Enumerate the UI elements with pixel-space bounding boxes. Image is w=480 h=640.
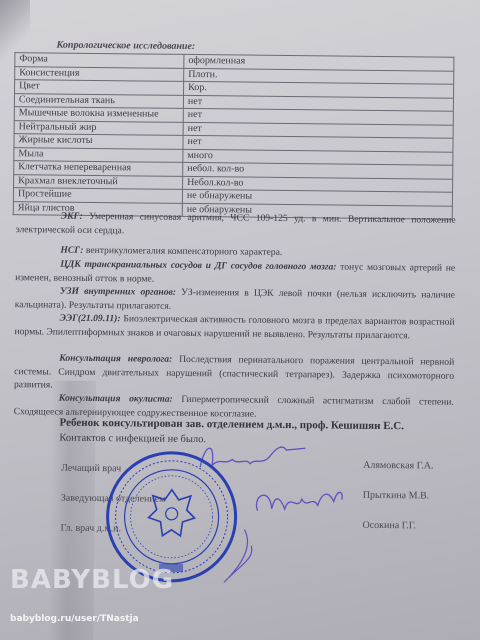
param-cell: Клетчатка непереваренная (14, 161, 183, 176)
babyblog-logo: BABYBLOG (10, 565, 174, 595)
finding-paragraph: ЭКГ: Умеренная синусовая аритмия, ЧСС 10… (16, 209, 456, 241)
signature-name-attending: Алямовская Г.А. (363, 460, 433, 472)
consulted-line: Ребенок консультирован зав. отделением д… (60, 417, 405, 433)
section-title: Копрологическое исследование: (56, 40, 195, 52)
finding-label: Консультация окулиста: (59, 393, 173, 405)
findings-block: ЭКГ: Умеренная синусовая аритмия, ЧСС 10… (0, 0, 480, 5)
finding-paragraph: Консультация невролога: Последствия пери… (14, 351, 454, 396)
finding-label: УЗИ внутренних органов: (60, 286, 176, 298)
param-cell: Форма (15, 53, 184, 68)
coprology-table: ФормаоформленнаяКонсистенцияПлотн.ЦветКо… (13, 52, 455, 220)
contacts-line: Контактов с инфекцией не было. (59, 433, 206, 446)
finding-label: ЦДК транскраниальных сосудов и ДГ сосудо… (60, 259, 336, 273)
finding-label: ЭКГ: (61, 211, 83, 222)
finding-label: ЭЭГ(21.09.11): (60, 313, 121, 325)
finding-label: НСГ: (60, 245, 83, 256)
param-cell: Простейшие (13, 188, 182, 203)
finding-text: вентрикуломегалия компенсаторного характ… (83, 245, 282, 258)
document-page: Копрологическое исследование: Формаоформ… (0, 0, 480, 640)
param-cell: Соединительная ткань (14, 93, 183, 108)
signature-name-head: Прыткина М.В. (363, 490, 429, 502)
param-cell: Крахмал внеклеточный (14, 174, 183, 189)
param-cell: Консистенция (15, 66, 184, 81)
signature-scribble-2 (250, 481, 350, 522)
param-cell: Мыла (14, 147, 183, 162)
param-cell: Жирные кислоты (14, 134, 183, 149)
watermark-url: babyblog.ru/user/TNastja (10, 614, 139, 624)
param-cell: Нейтральный жир (14, 120, 183, 135)
finding-label: Консультация невролога: (59, 353, 172, 365)
finding-paragraph: ЭЭГ(21.09.11): Биоэлектрическая активнос… (14, 311, 454, 343)
param-cell: Мышечные волокна измененные (14, 107, 183, 122)
signature-name-chief: Осокина Г.Г. (362, 520, 416, 532)
